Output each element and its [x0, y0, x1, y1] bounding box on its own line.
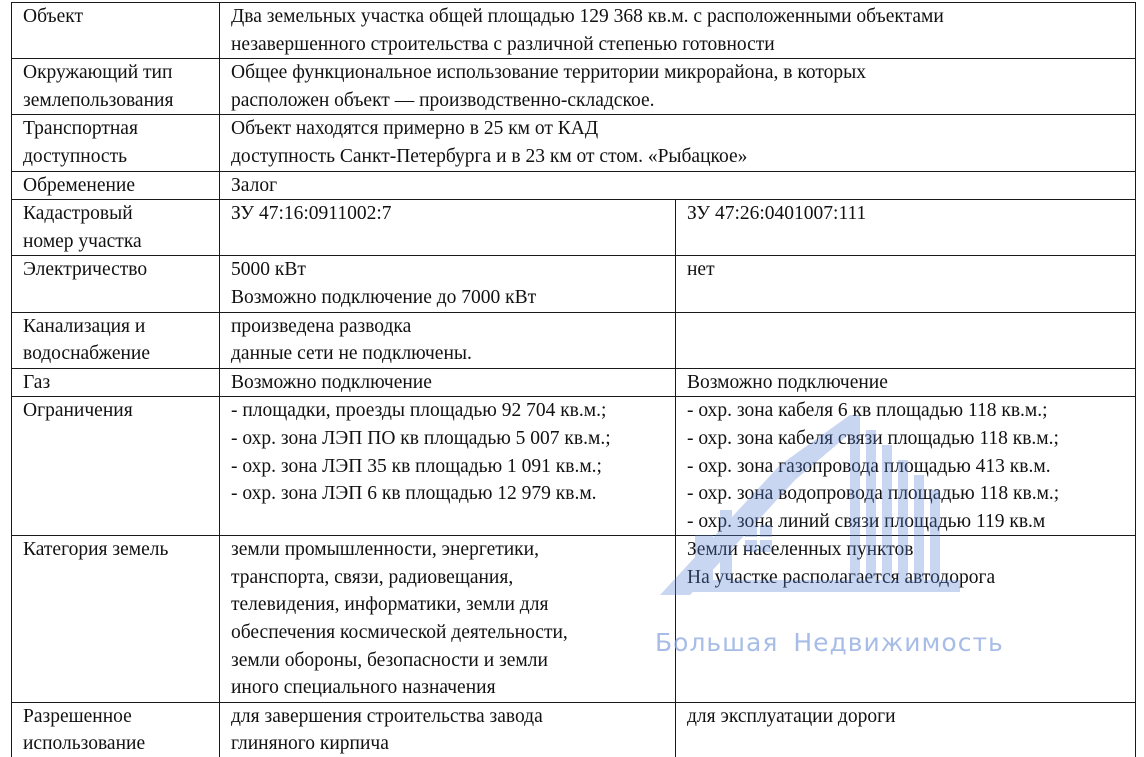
- row-label: Обременение: [12, 171, 220, 200]
- plot1-value-line: Возможно подключение до 7000 кВт: [231, 284, 665, 312]
- plot1-value: 5000 кВтВозможно подключение до 7000 кВт: [220, 256, 676, 312]
- row-label: Канализация иводоснабжение: [12, 312, 220, 368]
- plot1-value-line: - охр. зона ЛЭП ПО кв площадью 5 007 кв.…: [231, 425, 665, 453]
- plot1-value: - площадки, проезды площадью 92 704 кв.м…: [220, 397, 676, 536]
- table-row: ОбъектДва земельных участка общей площад…: [12, 3, 1136, 59]
- table-row: ГазВозможно подключениеВозможно подключе…: [12, 368, 1136, 397]
- plot2-value-line: - охр. зона кабеля 6 кв площадью 118 кв.…: [687, 397, 1125, 425]
- plot2-value-line: - охр. зона кабеля связи площадью 118 кв…: [687, 425, 1125, 453]
- row-value: Объект находятся примерно в 25 км от КАД…: [220, 115, 1136, 171]
- row-label-line: Транспортная: [23, 115, 209, 143]
- row-label: Электричество: [12, 256, 220, 312]
- plot2-value-line: Земли населенных пунктов: [687, 536, 1125, 564]
- plot1-value-line: - охр. зона ЛЭП 35 кв площадью 1 091 кв.…: [231, 453, 665, 481]
- row-label: Газ: [12, 368, 220, 397]
- plot1-value-line: земли обороны, безопасности и земли: [231, 647, 665, 675]
- plot1-value-line: 5000 кВт: [231, 256, 665, 284]
- row-value-line: Объект находятся примерно в 25 км от КАД: [231, 115, 1125, 143]
- plot1-value-line: данные сети не подключены.: [231, 340, 665, 368]
- plot1-value-line: иного специального назначения: [231, 674, 665, 702]
- plot1-value-line: для завершения строительства завода: [231, 703, 665, 731]
- plot1-value-line: - площадки, проезды площадью 92 704 кв.м…: [231, 397, 665, 425]
- row-label-line: Обременение: [23, 172, 209, 200]
- plot2-value-line: Возможно подключение: [687, 369, 1125, 397]
- row-label-line: землепользования: [23, 87, 209, 115]
- plot1-value-line: Возможно подключение: [231, 369, 665, 397]
- table-row: Окружающий типземлепользованияОбщее функ…: [12, 59, 1136, 115]
- row-label: Транспортнаядоступность: [12, 115, 220, 171]
- plot1-value-line: - охр. зона ЛЭП 6 кв площадью 12 979 кв.…: [231, 480, 665, 508]
- row-value-line: доступность Санкт-Петербурга и в 23 км о…: [231, 143, 1125, 171]
- row-label-line: водоснабжение: [23, 340, 209, 368]
- table-row: ОбременениеЗалог: [12, 171, 1136, 200]
- plot1-value-line: транспорта, связи, радиовещания,: [231, 564, 665, 592]
- plot1-value-line: ЗУ 47:16:0911002:7: [231, 200, 665, 228]
- row-label: Окружающий типземлепользования: [12, 59, 220, 115]
- plot1-value: Возможно подключение: [220, 368, 676, 397]
- plot2-value-line: ЗУ 47:26:0401007:111: [687, 200, 1125, 228]
- plot1-value-line: глиняного кирпича: [231, 730, 665, 757]
- row-label-line: номер участка: [23, 228, 209, 256]
- table-row: Электричество5000 кВтВозможно подключени…: [12, 256, 1136, 312]
- row-value-line: Два земельных участка общей площадью 129…: [231, 3, 1125, 31]
- table-row: Категория земельземли промышленности, эн…: [12, 536, 1136, 703]
- row-label: Ограничения: [12, 397, 220, 536]
- row-label-line: Окружающий тип: [23, 59, 209, 87]
- plot2-value-line: На участке располагается автодорога: [687, 564, 1125, 592]
- table-row: Ограничения- площадки, проезды площадью …: [12, 397, 1136, 536]
- row-label-line: Ограничения: [23, 397, 209, 425]
- row-label: Разрешенноеиспользование: [12, 702, 220, 757]
- plot2-value-line: - охр. зона линий связи площадью 119 кв.…: [687, 508, 1125, 536]
- plot1-value-line: произведена разводка: [231, 313, 665, 341]
- row-label-line: Разрешенное: [23, 703, 209, 731]
- plot1-value: ЗУ 47:16:0911002:7: [220, 200, 676, 256]
- plot1-value-line: земли промышленности, энергетики,: [231, 536, 665, 564]
- row-label-line: Категория земель: [23, 536, 209, 564]
- row-value: Два земельных участка общей площадью 129…: [220, 3, 1136, 59]
- property-info-table: ОбъектДва земельных участка общей площад…: [11, 2, 1136, 757]
- row-label-line: Кадастровый: [23, 200, 209, 228]
- row-label: Кадастровыйномер участка: [12, 200, 220, 256]
- plot1-value: произведена разводкаданные сети не подкл…: [220, 312, 676, 368]
- row-value-line: расположен объект — производственно-скла…: [231, 87, 1125, 115]
- plot2-value: [676, 312, 1136, 368]
- plot2-value: - охр. зона кабеля 6 кв площадью 118 кв.…: [676, 397, 1136, 536]
- plot2-value-line: - охр. зона водопровода площадью 118 кв.…: [687, 480, 1125, 508]
- plot1-value: земли промышленности, энергетики,транспо…: [220, 536, 676, 703]
- plot2-value: нет: [676, 256, 1136, 312]
- row-value: Залог: [220, 171, 1136, 200]
- table-row: Кадастровыйномер участкаЗУ 47:16:0911002…: [12, 200, 1136, 256]
- row-label: Объект: [12, 3, 220, 59]
- row-label-line: Канализация и: [23, 313, 209, 341]
- table-row: Канализация иводоснабжениепроизведена ра…: [12, 312, 1136, 368]
- row-label: Категория земель: [12, 536, 220, 703]
- plot2-value: для эксплуатации дороги: [676, 702, 1136, 757]
- plot2-value-line: для эксплуатации дороги: [687, 703, 1125, 731]
- plot1-value: для завершения строительства заводаглиня…: [220, 702, 676, 757]
- plot2-value: Возможно подключение: [676, 368, 1136, 397]
- row-label-line: Объект: [23, 3, 209, 31]
- row-value: Общее функциональное использование терри…: [220, 59, 1136, 115]
- plot2-value: ЗУ 47:26:0401007:111: [676, 200, 1136, 256]
- row-label-line: использование: [23, 730, 209, 757]
- plot2-value-line: нет: [687, 256, 1125, 284]
- row-value-line: Общее функциональное использование терри…: [231, 59, 1125, 87]
- plot1-value-line: телевидения, информатики, земли для: [231, 591, 665, 619]
- plot2-value-line: - охр. зона газопровода площадью 413 кв.…: [687, 453, 1125, 481]
- table-row: Разрешенноеиспользованиедля завершения с…: [12, 702, 1136, 757]
- plot1-value-line: обеспечения космической деятельности,: [231, 619, 665, 647]
- table-row: ТранспортнаядоступностьОбъект находятся …: [12, 115, 1136, 171]
- row-value-line: Залог: [231, 172, 1125, 200]
- row-label-line: Электричество: [23, 256, 209, 284]
- row-value-line: незавершенного строительства с различной…: [231, 31, 1125, 59]
- plot2-value: Земли населенных пунктовНа участке распо…: [676, 536, 1136, 703]
- row-label-line: Газ: [23, 369, 209, 397]
- row-label-line: доступность: [23, 143, 209, 171]
